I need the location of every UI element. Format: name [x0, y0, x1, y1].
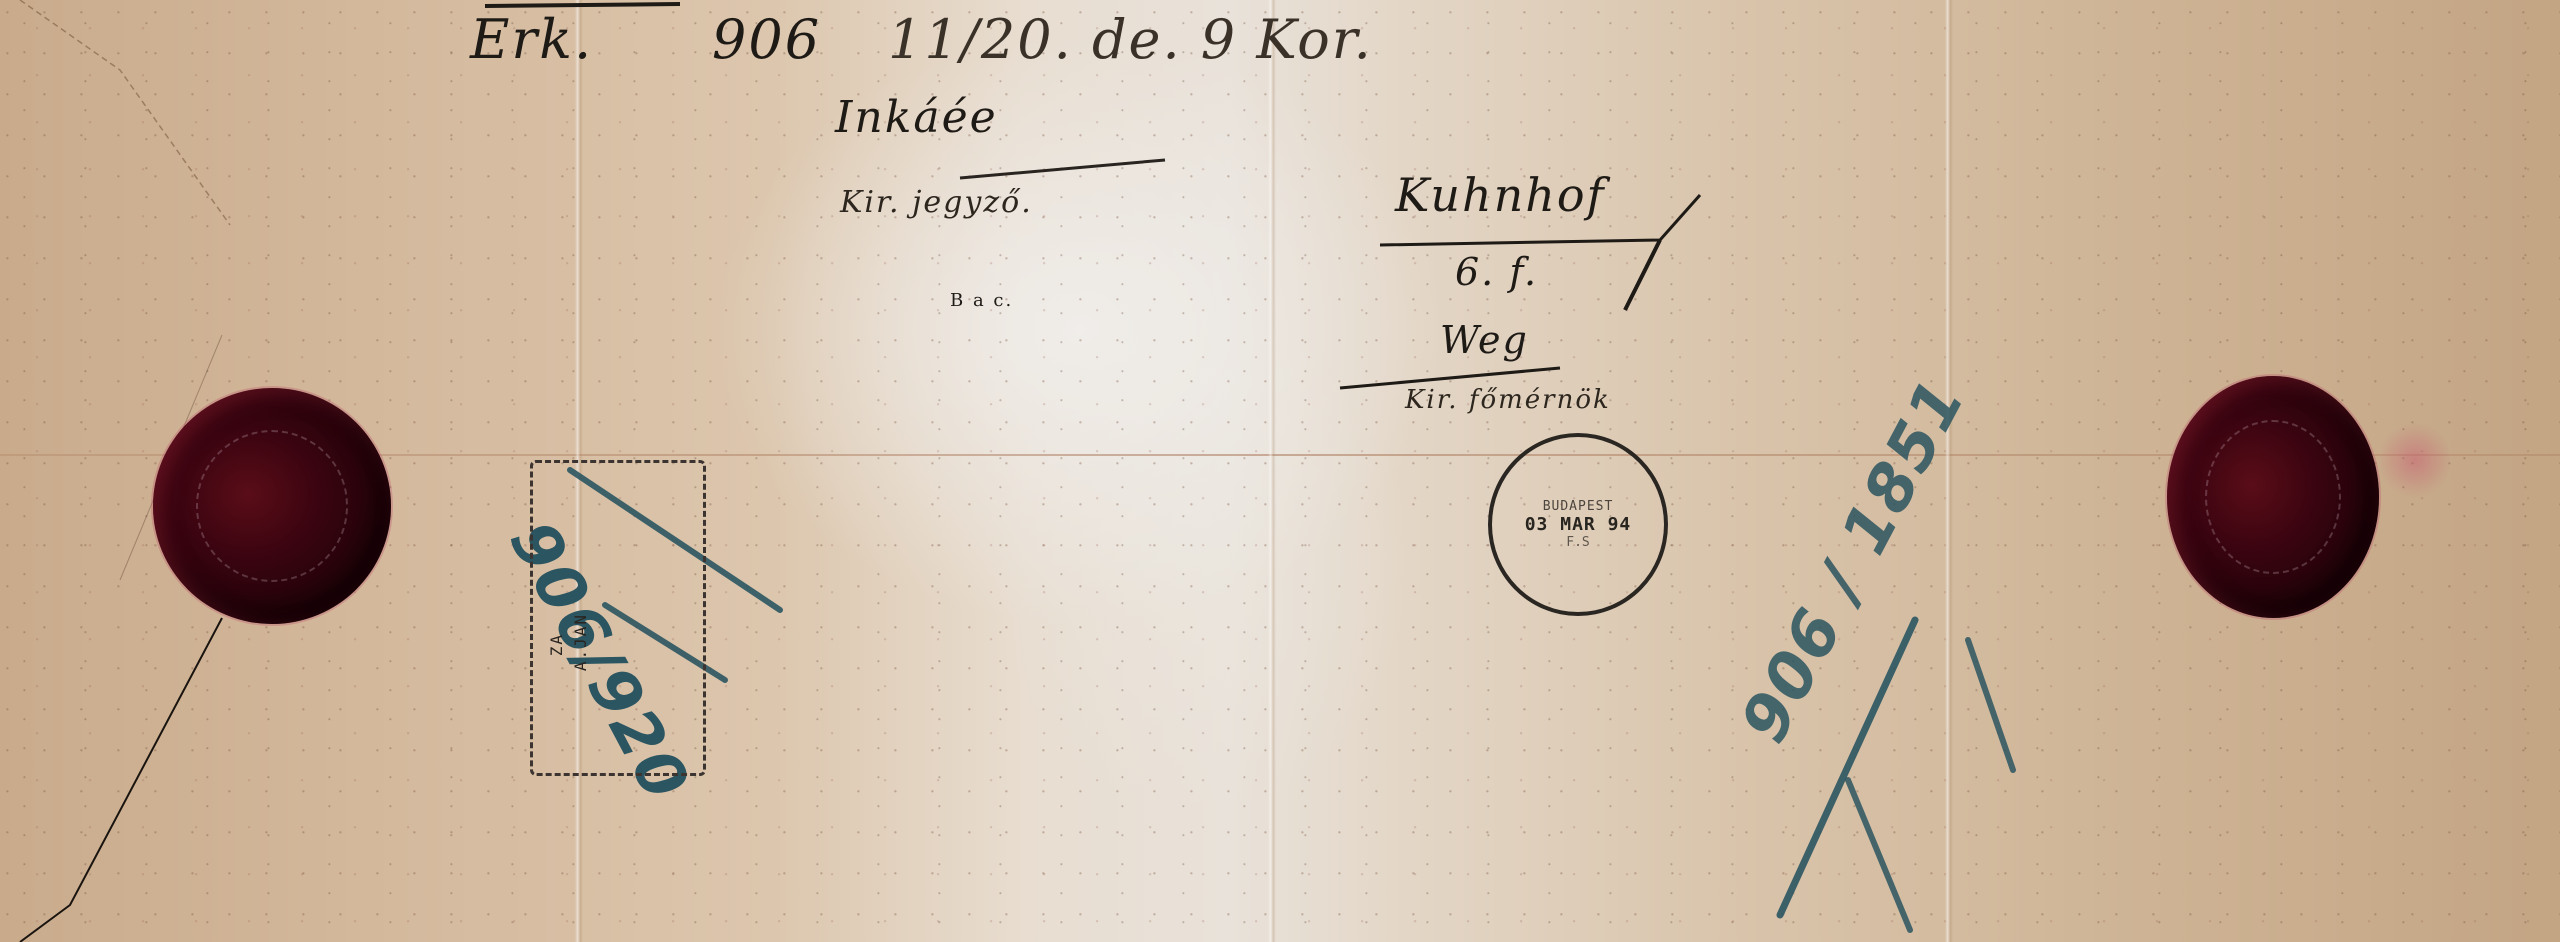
- right-signature-initials: 6. f.: [1455, 250, 1538, 294]
- postmark-date: 03 MAR 94: [1525, 514, 1632, 535]
- stamp-line-1: ZA: [547, 633, 566, 656]
- registration-number: 906: [712, 8, 821, 71]
- right-signature-title: Kir. főmérnök: [1405, 385, 1611, 415]
- postmark-suffix: F.S: [1566, 535, 1589, 550]
- right-pencil-note: 906 / 1851: [1727, 367, 1980, 755]
- left-wax-seal: [153, 388, 391, 624]
- small-mark: B a c.: [950, 290, 1013, 311]
- right-second-signature: Weg: [1440, 318, 1529, 362]
- registration-label: Erk.: [470, 8, 593, 71]
- postmark: BUDAPEST 03 MAR 94 F.S: [1488, 433, 1668, 616]
- left-signature-name: Inkáée: [835, 92, 998, 143]
- postmark-city: BUDAPEST: [1543, 499, 1614, 514]
- left-signature-title: Kir. jegyző.: [840, 185, 1033, 220]
- right-signature-name: Kuhnhof: [1395, 168, 1606, 222]
- envelope-photo: Erk. 906 11/20. de. 9 Kor. Inkáée Kir. j…: [0, 0, 2560, 942]
- right-wax-seal: [2167, 376, 2379, 618]
- vertical-fold-center: [1268, 0, 1276, 942]
- wax-stain: [2380, 420, 2450, 500]
- vertical-fold-right: [1945, 0, 1953, 942]
- rectangular-stamp: ZA A.JAN: [530, 460, 706, 776]
- registration-date: 11/20. de. 9 Kor.: [888, 8, 1373, 71]
- stamp-line-2: A.JAN: [571, 613, 590, 671]
